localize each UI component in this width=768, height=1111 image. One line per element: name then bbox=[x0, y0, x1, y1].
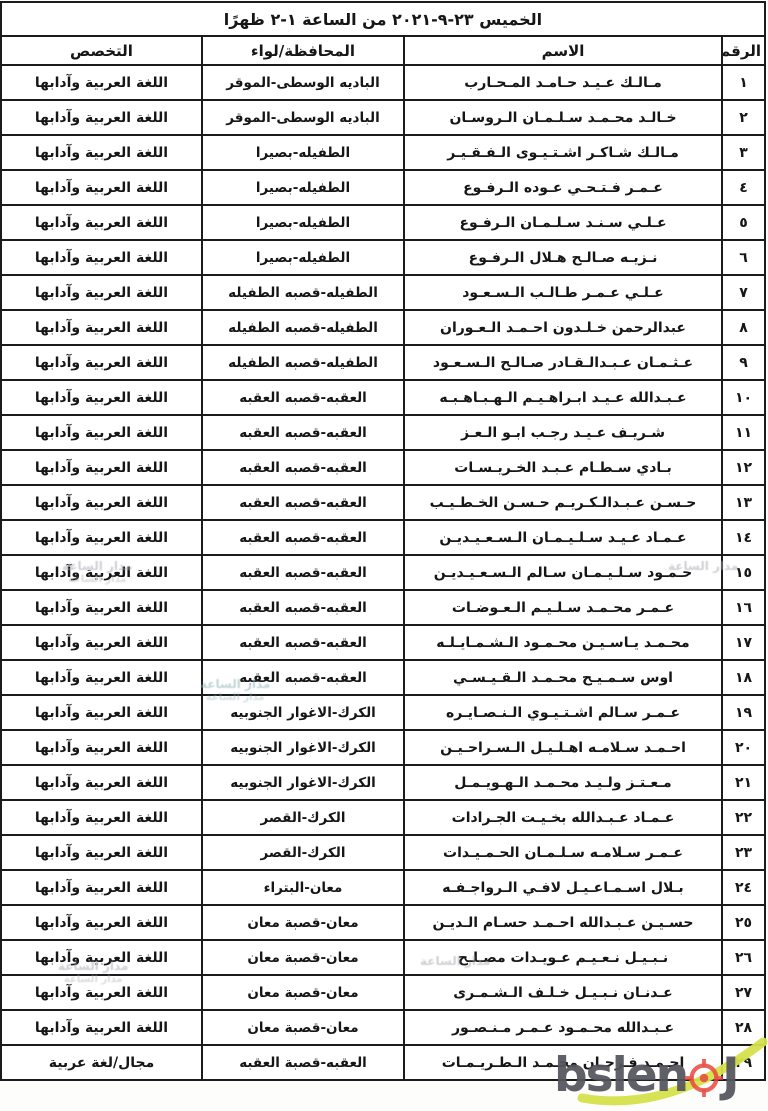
governorate-cell: الكرك-القصر bbox=[202, 835, 404, 870]
governorate-cell: معان-قصبة معان bbox=[202, 940, 404, 975]
row-number-cell: ٢٩ bbox=[722, 1045, 765, 1080]
row-number-cell: ٩ bbox=[722, 345, 765, 380]
governorate-cell: العقبه-قصبة العقبه bbox=[202, 1045, 404, 1080]
governorate-cell: الكرك-الاغوار الجنوبيه bbox=[202, 765, 404, 800]
name-cell: عـمـر سـالم اشـتـيـوي الـنـصـايـره bbox=[404, 695, 722, 730]
name-cell: عـدنـان نـبـيـل خـلـف الـشـمـرى bbox=[404, 975, 722, 1010]
governorate-cell: الباديه الوسطى-الموقر bbox=[202, 100, 404, 135]
specialization-cell: اللغة العربية وآدابها bbox=[1, 485, 202, 520]
governorate-cell: الكرك-الاغوار الجنوبيه bbox=[202, 695, 404, 730]
governorate-cell: الطفيله-بصيرا bbox=[202, 240, 404, 275]
column-header-row: الرقم الاسم المحافظة/لواء التخصص bbox=[1, 36, 765, 65]
governorate-cell: العقبه-قصبه العقبه bbox=[202, 415, 404, 450]
name-cell: عبدالرحمن خـلـدون احـمـد الـعـوران bbox=[404, 310, 722, 345]
name-cell: احـمـد سـلامـه اهـلـيـل الـسـراحـيـن bbox=[404, 730, 722, 765]
row-number-cell: ١٤ bbox=[722, 520, 765, 555]
governorate-cell: العقبه-قصبه العقبه bbox=[202, 625, 404, 660]
specialization-cell: اللغة العربية وآدابها bbox=[1, 975, 202, 1010]
row-number-cell: ١٥ bbox=[722, 555, 765, 590]
name-cell: خـالـد محـمـد سـلـمـان الـروسـان bbox=[404, 100, 722, 135]
specialization-cell: اللغة العربية وآدابها bbox=[1, 870, 202, 905]
table-row: ٢٤بـلال اسـمـاعـيـل لافـي الـرواجـفـهمعا… bbox=[1, 870, 765, 905]
governorate-cell: الطفيله-قصبه الطفيله bbox=[202, 310, 404, 345]
table-row: ١٩عـمـر سـالم اشـتـيـوي الـنـصـايـرهالكر… bbox=[1, 695, 765, 730]
name-cell: شـريـف عـيـد رجـب ابـو الـعـز bbox=[404, 415, 722, 450]
specialization-cell: اللغة العربية وآدابها bbox=[1, 625, 202, 660]
name-cell: عـبـدالله محـمـود عـمـر مـنـصـور bbox=[404, 1010, 722, 1045]
row-number-cell: ٨ bbox=[722, 310, 765, 345]
governorate-cell: معان-قصبة معان bbox=[202, 1010, 404, 1045]
name-cell: عـمـاد عـبـدالله بخـيـت الجـرادات bbox=[404, 800, 722, 835]
governorate-cell: الطفيله-بصيرا bbox=[202, 205, 404, 240]
row-number-cell: ٧ bbox=[722, 275, 765, 310]
specialization-cell: اللغة العربية وآدابها bbox=[1, 835, 202, 870]
table-row: ٩عـثـمـان عـبـدالـقـادر صـالـح الـسـعـود… bbox=[1, 345, 765, 380]
table-row: ١٨اوس سـمـيـح محـمـد الـقـيـسـيالعقبه-قص… bbox=[1, 660, 765, 695]
row-number-cell: ٢٦ bbox=[722, 940, 765, 975]
table-row: ١٧محـمـد يـاسـيـن محـمـود الـشـمـايـلـها… bbox=[1, 625, 765, 660]
name-cell: مـالـك شـاكـر اشـتـيـوى الـفـقـيـر bbox=[404, 135, 722, 170]
name-cell: حـمـود سـلـيـمـان سـالم الـسـعـيـديـن bbox=[404, 555, 722, 590]
name-cell: عـثـمـان عـبـدالـقـادر صـالـح الـسـعـود bbox=[404, 345, 722, 380]
governorate-cell: العقبه-قصبه العقبه bbox=[202, 590, 404, 625]
specialization-cell: اللغة العربية وآدابها bbox=[1, 65, 202, 100]
roster-table-body: ١مـالـك عـيـد حـامـد المـحـاربالباديه ال… bbox=[1, 65, 765, 1080]
table-row: ٢٨عـبـدالله محـمـود عـمـر مـنـصـورمعان-ق… bbox=[1, 1010, 765, 1045]
candidates-roster-table: الخميس ٢٣-٩-٢٠٢١ من الساعة ١-٢ ظهرًا الر… bbox=[0, 1, 766, 1081]
specialization-cell: اللغة العربية وآدابها bbox=[1, 905, 202, 940]
row-number-cell: ١٦ bbox=[722, 590, 765, 625]
table-row: ١مـالـك عـيـد حـامـد المـحـاربالباديه ال… bbox=[1, 65, 765, 100]
specialization-cell: اللغة العربية وآدابها bbox=[1, 380, 202, 415]
specialization-cell: اللغة العربية وآدابها bbox=[1, 765, 202, 800]
table-row: ١٣حـسـن عـبـدالـكـريـم حـسـن الخـطـيـبال… bbox=[1, 485, 765, 520]
table-row: ٧عـلـي عـمـر طـالـب الـسـعـودالطفيله-قصب… bbox=[1, 275, 765, 310]
specialization-cell: اللغة العربية وآدابها bbox=[1, 695, 202, 730]
row-number-cell: ١ bbox=[722, 65, 765, 100]
governorate-cell: العقبه-قصبه العقبه bbox=[202, 485, 404, 520]
table-row: ٨عبدالرحمن خـلـدون احـمـد الـعـورانالطفي… bbox=[1, 310, 765, 345]
row-number-cell: ١٠ bbox=[722, 380, 765, 415]
row-number-cell: ٢٤ bbox=[722, 870, 765, 905]
governorate-cell: معان-البتراء bbox=[202, 870, 404, 905]
specialization-cell: اللغة العربية وآدابها bbox=[1, 310, 202, 345]
governorate-cell: الطفيله-بصيرا bbox=[202, 135, 404, 170]
specialization-cell: اللغة العربية وآدابها bbox=[1, 1010, 202, 1045]
column-header-number: الرقم bbox=[722, 36, 765, 65]
column-header-specialization: التخصص bbox=[1, 36, 202, 65]
table-row: ٢٠احـمـد سـلامـه اهـلـيـل الـسـراحـيـنال… bbox=[1, 730, 765, 765]
row-number-cell: ١٧ bbox=[722, 625, 765, 660]
name-cell: احـمـد فـرحـان محـمـد الـطـريـمـات bbox=[404, 1045, 722, 1080]
governorate-cell: العقبه-قصبه العقبه bbox=[202, 380, 404, 415]
governorate-cell: معان-قصبة معان bbox=[202, 905, 404, 940]
row-number-cell: ٢٢ bbox=[722, 800, 765, 835]
name-cell: عـلـي سـنـد سـلـمـان الـرفـوع bbox=[404, 205, 722, 240]
table-row: ٢٥حسـيـن عـبـدالله احـمـد حسـام الـديـنم… bbox=[1, 905, 765, 940]
governorate-cell: العقبه-قصبه العقبه bbox=[202, 450, 404, 485]
row-number-cell: ١٩ bbox=[722, 695, 765, 730]
table-row: ٢٦نـبـيـل نـعـيـم عـويـدات مصـلـحمعان-قص… bbox=[1, 940, 765, 975]
table-row: ٣مـالـك شـاكـر اشـتـيـوى الـفـقـيـرالطفي… bbox=[1, 135, 765, 170]
governorate-cell: العقبه-قصبه العقبه bbox=[202, 660, 404, 695]
name-cell: نـزيـه صـالـح هـلال الـرفـوع bbox=[404, 240, 722, 275]
specialization-cell: اللغة العربية وآدابها bbox=[1, 135, 202, 170]
table-row: ٢خـالـد محـمـد سـلـمـان الـروسـانالباديه… bbox=[1, 100, 765, 135]
specialization-cell: اللغة العربية وآدابها bbox=[1, 730, 202, 765]
governorate-cell: الطفيله-قصبه الطفيله bbox=[202, 345, 404, 380]
table-row: ٤عـمـر فـتـحـي عـوده الـرفـوعالطفيله-بصي… bbox=[1, 170, 765, 205]
specialization-cell: مجال/لغة عربية bbox=[1, 1045, 202, 1080]
specialization-cell: اللغة العربية وآدابها bbox=[1, 800, 202, 835]
table-row: ٢٢عـمـاد عـبـدالله بخـيـت الجـراداتالكرك… bbox=[1, 800, 765, 835]
row-number-cell: ٢٥ bbox=[722, 905, 765, 940]
table-row: ١٤عـمـاد عـيـد سـلـيـمـان الـسـعـيـديـنا… bbox=[1, 520, 765, 555]
name-cell: عـمـر محـمـد سـلـيـم الـعـوضـات bbox=[404, 590, 722, 625]
specialization-cell: اللغة العربية وآدابها bbox=[1, 170, 202, 205]
table-row: ١٠عـبـدالله عـيـد ابـراهـيـم الـهـبـاهـب… bbox=[1, 380, 765, 415]
table-row: ٥عـلـي سـنـد سـلـمـان الـرفـوعالطفيله-بص… bbox=[1, 205, 765, 240]
specialization-cell: اللغة العربية وآدابها bbox=[1, 415, 202, 450]
specialization-cell: اللغة العربية وآدابها bbox=[1, 660, 202, 695]
name-cell: اوس سـمـيـح محـمـد الـقـيـسـي bbox=[404, 660, 722, 695]
schedule-title: الخميس ٢٣-٩-٢٠٢١ من الساعة ١-٢ ظهرًا bbox=[1, 2, 765, 36]
table-row: ١٦عـمـر محـمـد سـلـيـم الـعـوضـاتالعقبه-… bbox=[1, 590, 765, 625]
specialization-cell: اللغة العربية وآدابها bbox=[1, 205, 202, 240]
name-cell: حسـيـن عـبـدالله احـمـد حسـام الـديـن bbox=[404, 905, 722, 940]
name-cell: عـمـاد عـيـد سـلـيـمـان الـسـعـيـديـن bbox=[404, 520, 722, 555]
specialization-cell: اللغة العربية وآدابها bbox=[1, 450, 202, 485]
row-number-cell: ٣ bbox=[722, 135, 765, 170]
name-cell: محـمـد يـاسـيـن محـمـود الـشـمـايـلـه bbox=[404, 625, 722, 660]
governorate-cell: الطفيله-بصيرا bbox=[202, 170, 404, 205]
name-cell: مـعـتـز ولـيـد محـمـد الـهـويـمـل bbox=[404, 765, 722, 800]
table-row: ٢٩احـمـد فـرحـان محـمـد الـطـريـمـاتالعق… bbox=[1, 1045, 765, 1080]
specialization-cell: اللغة العربية وآدابها bbox=[1, 345, 202, 380]
row-number-cell: ٤ bbox=[722, 170, 765, 205]
governorate-cell: العقبه-قصبه العقبه bbox=[202, 555, 404, 590]
column-header-governorate: المحافظة/لواء bbox=[202, 36, 404, 65]
governorate-cell: معان-قصبة معان bbox=[202, 975, 404, 1010]
row-number-cell: ٢٠ bbox=[722, 730, 765, 765]
row-number-cell: ٦ bbox=[722, 240, 765, 275]
name-cell: بـلال اسـمـاعـيـل لافـي الـرواجـفـه bbox=[404, 870, 722, 905]
row-number-cell: ٥ bbox=[722, 205, 765, 240]
name-cell: عـلـي عـمـر طـالـب الـسـعـود bbox=[404, 275, 722, 310]
row-number-cell: ٢ bbox=[722, 100, 765, 135]
table-row: ٢٣عـمـر سـلامـه سـلـمـان الحـمـيـداتالكر… bbox=[1, 835, 765, 870]
row-number-cell: ٢٣ bbox=[722, 835, 765, 870]
governorate-cell: العقبه-قصبه العقبه bbox=[202, 520, 404, 555]
table-row: ١١شـريـف عـيـد رجـب ابـو الـعـزالعقبه-قص… bbox=[1, 415, 765, 450]
specialization-cell: اللغة العربية وآدابها bbox=[1, 520, 202, 555]
row-number-cell: ١٨ bbox=[722, 660, 765, 695]
row-number-cell: ١١ bbox=[722, 415, 765, 450]
name-cell: نـبـيـل نـعـيـم عـويـدات مصـلـح bbox=[404, 940, 722, 975]
table-row: ٢٧عـدنـان نـبـيـل خـلـف الـشـمـرىمعان-قص… bbox=[1, 975, 765, 1010]
table-row: ١٢بـادي سـطـام عـبـد الخـريـسـاتالعقبه-ق… bbox=[1, 450, 765, 485]
name-cell: عـمـر فـتـحـي عـوده الـرفـوع bbox=[404, 170, 722, 205]
name-cell: عـمـر سـلامـه سـلـمـان الحـمـيـدات bbox=[404, 835, 722, 870]
row-number-cell: ٢٨ bbox=[722, 1010, 765, 1045]
name-cell: بـادي سـطـام عـبـد الخـريـسـات bbox=[404, 450, 722, 485]
table-row: ٦نـزيـه صـالـح هـلال الـرفـوعالطفيله-بصي… bbox=[1, 240, 765, 275]
name-cell: مـالـك عـيـد حـامـد المـحـارب bbox=[404, 65, 722, 100]
table-row: ٢١مـعـتـز ولـيـد محـمـد الـهـويـمـلالكرك… bbox=[1, 765, 765, 800]
row-number-cell: ٢٧ bbox=[722, 975, 765, 1010]
table-row: ١٥حـمـود سـلـيـمـان سـالم الـسـعـيـديـنا… bbox=[1, 555, 765, 590]
governorate-cell: الباديه الوسطى-الموقر bbox=[202, 65, 404, 100]
specialization-cell: اللغة العربية وآدابها bbox=[1, 100, 202, 135]
specialization-cell: اللغة العربية وآدابها bbox=[1, 240, 202, 275]
governorate-cell: الكرك-القصر bbox=[202, 800, 404, 835]
scanned-roster-page: { "title": "الخميس ٢٣-٩-٢٠٢١ من الساعة ١… bbox=[0, 0, 768, 1111]
column-header-name: الاسم bbox=[404, 36, 722, 65]
schedule-title-row: الخميس ٢٣-٩-٢٠٢١ من الساعة ١-٢ ظهرًا bbox=[1, 2, 765, 36]
name-cell: عـبـدالله عـيـد ابـراهـيـم الـهـبـاهـبـه bbox=[404, 380, 722, 415]
specialization-cell: اللغة العربية وآدابها bbox=[1, 555, 202, 590]
specialization-cell: اللغة العربية وآدابها bbox=[1, 940, 202, 975]
governorate-cell: الكرك-الاغوار الجنوبيه bbox=[202, 730, 404, 765]
governorate-cell: الطفيله-قصبه الطفيله bbox=[202, 275, 404, 310]
specialization-cell: اللغة العربية وآدابها bbox=[1, 590, 202, 625]
name-cell: حـسـن عـبـدالـكـريـم حـسـن الخـطـيـب bbox=[404, 485, 722, 520]
row-number-cell: ١٢ bbox=[722, 450, 765, 485]
specialization-cell: اللغة العربية وآدابها bbox=[1, 275, 202, 310]
row-number-cell: ١٣ bbox=[722, 485, 765, 520]
row-number-cell: ٢١ bbox=[722, 765, 765, 800]
